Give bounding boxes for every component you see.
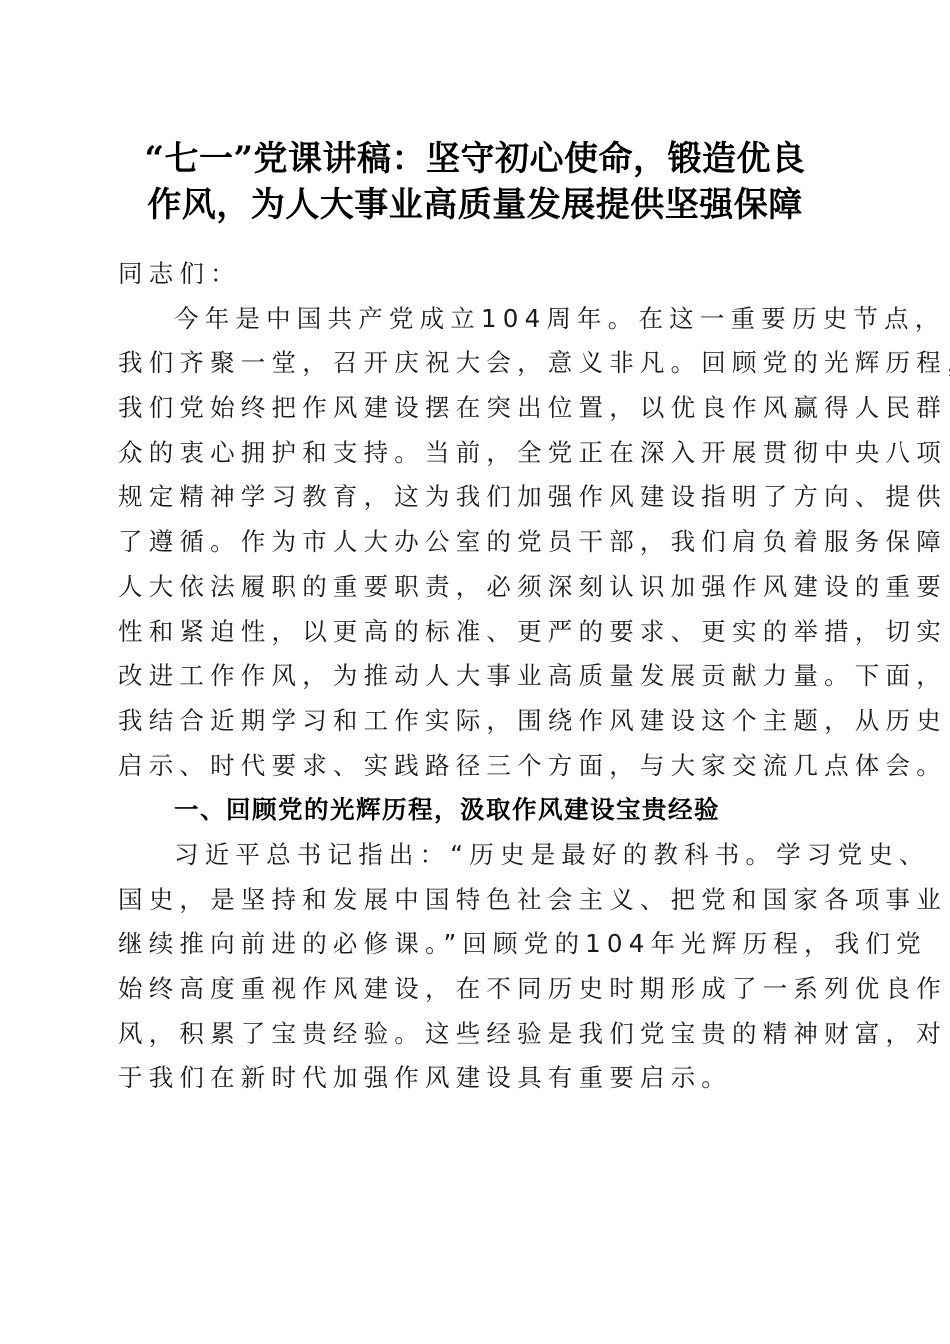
paragraph-line: 了遵循。作为市人大办公室的党员干部，我们肩负着服务保障 bbox=[118, 520, 848, 565]
paragraph-line: 我结合近期学习和工作实际，围绕作风建设这个主题，从历史 bbox=[118, 699, 848, 744]
intro-paragraph: 今年是中国共产党成立104周年。在这一重要历史节点， 我们齐聚一堂，召开庆祝大会… bbox=[118, 297, 848, 789]
paragraph-line: 习近平总书记指出：“历史是最好的教科书。学习党史、 bbox=[118, 833, 848, 878]
salutation: 同志们： bbox=[118, 252, 848, 297]
paragraph-line: 始终高度重视作风建设，在不同历史时期形成了一系列优良作 bbox=[118, 967, 848, 1012]
paragraph-line: 众的衷心拥护和支持。当前，全党正在深入开展贯彻中央八项 bbox=[118, 431, 848, 476]
document-page: “七一”党课讲稿：坚守初心使命，锻造优良 作风，为人大事业高质量发展提供坚强保障… bbox=[0, 0, 950, 1344]
section-heading: 一、回顾党的光辉历程，汲取作风建设宝贵经验 bbox=[118, 788, 848, 833]
paragraph-line: 规定精神学习教育，这为我们加强作风建设指明了方向、提供 bbox=[118, 475, 848, 520]
paragraph-line: 于我们在新时代加强作风建设具有重要启示。 bbox=[118, 1056, 848, 1101]
paragraph-line: 国史，是坚持和发展中国特色社会主义、把党和国家各项事业 bbox=[118, 878, 848, 923]
paragraph-line: 我们党始终把作风建设摆在突出位置，以优良作风赢得人民群 bbox=[118, 386, 848, 431]
title-line-1: “七一”党课讲稿：坚守初心使命，锻造优良 bbox=[100, 136, 850, 182]
paragraph-line: 性和紧迫性，以更高的标准、更严的要求、更实的举措，切实 bbox=[118, 610, 848, 655]
document-body: 同志们： 今年是中国共产党成立104周年。在这一重要历史节点， 我们齐聚一堂，召… bbox=[118, 252, 848, 1101]
paragraph-line: 改进工作作风，为推动人大事业高质量发展贡献力量。下面， bbox=[118, 654, 848, 699]
paragraph-line: 启示、时代要求、实践路径三个方面，与大家交流几点体会。 bbox=[118, 744, 848, 789]
document-title: “七一”党课讲稿：坚守初心使命，锻造优良 作风，为人大事业高质量发展提供坚强保障 bbox=[100, 136, 850, 228]
title-line-2: 作风，为人大事业高质量发展提供坚强保障 bbox=[100, 182, 850, 228]
section-paragraph: 习近平总书记指出：“历史是最好的教科书。学习党史、 国史，是坚持和发展中国特色社… bbox=[118, 833, 848, 1101]
paragraph-line: 我们齐聚一堂，召开庆祝大会，意义非凡。回顾党的光辉历程， bbox=[118, 341, 848, 386]
paragraph-line: 今年是中国共产党成立104周年。在这一重要历史节点， bbox=[118, 297, 848, 342]
paragraph-line: 人大依法履职的重要职责，必须深刻认识加强作风建设的重要 bbox=[118, 565, 848, 610]
paragraph-line: 风，积累了宝贵经验。这些经验是我们党宝贵的精神财富，对 bbox=[118, 1012, 848, 1057]
paragraph-line: 继续推向前进的必修课。”回顾党的104年光辉历程，我们党 bbox=[118, 922, 848, 967]
